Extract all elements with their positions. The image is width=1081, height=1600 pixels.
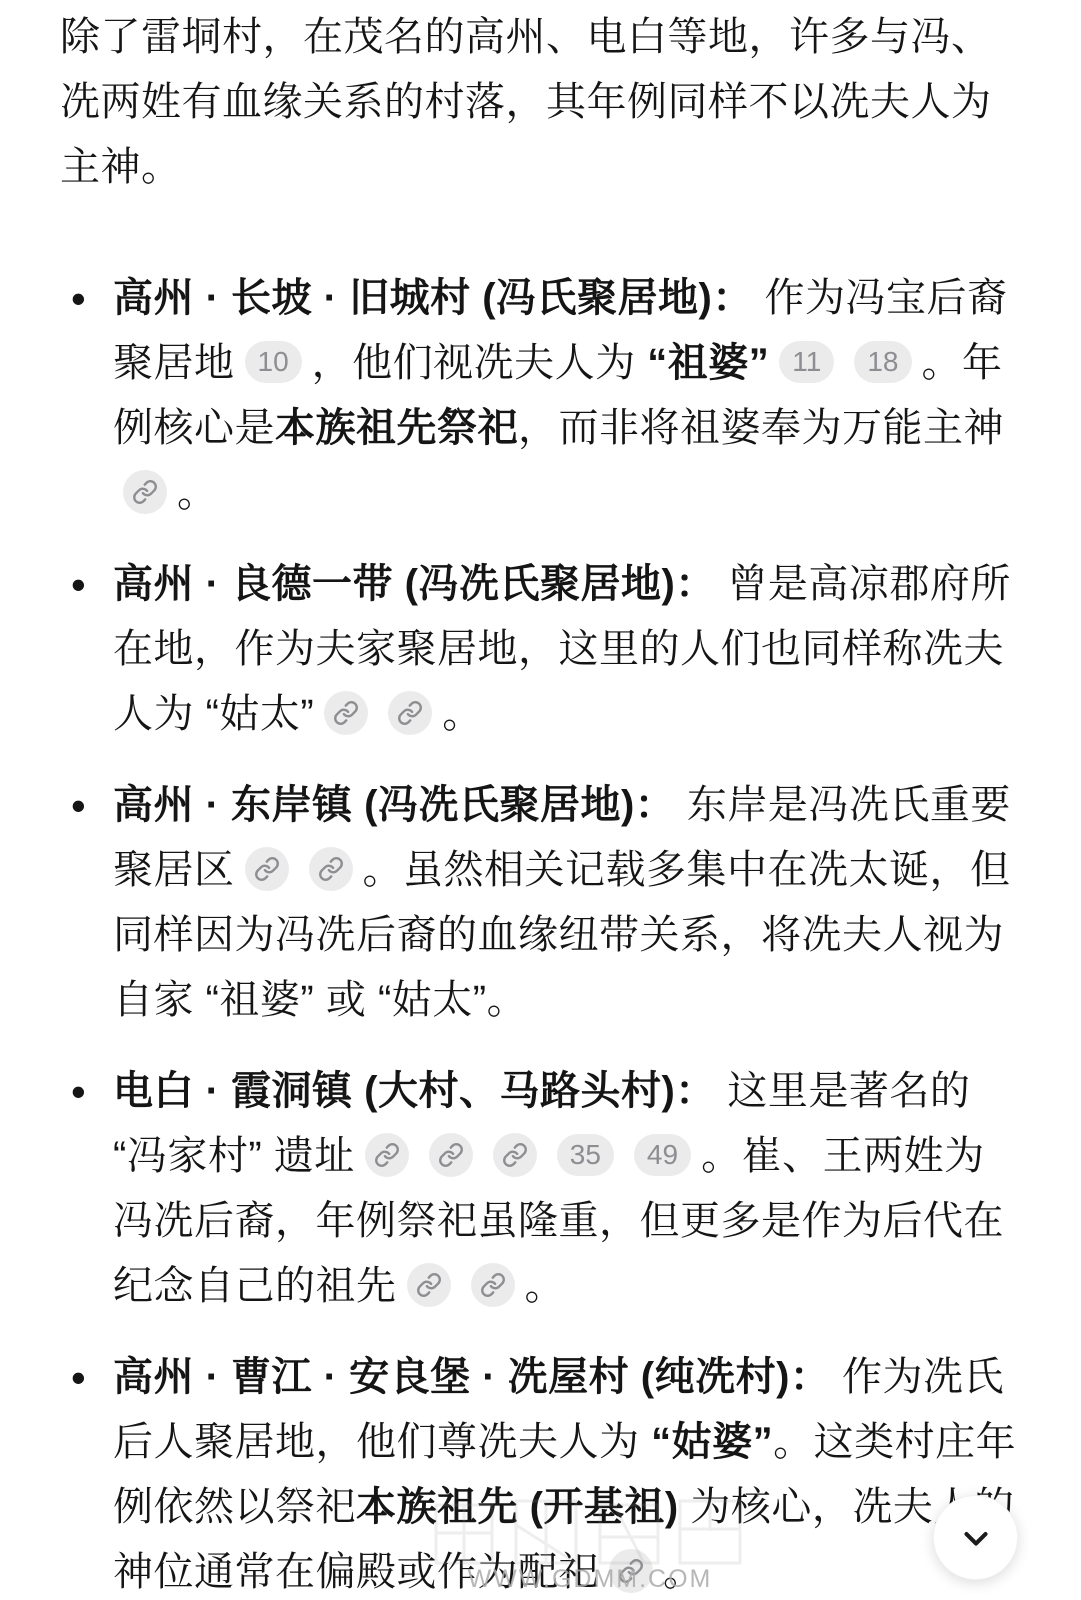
citation-link-icon[interactable] [609, 1549, 653, 1593]
chevron-down-icon [957, 1519, 995, 1557]
text-run: 。 [525, 1264, 566, 1308]
bold-text-run: “姑婆” [651, 1420, 773, 1464]
list-item: 高州 · 东岸镇 (冯冼氏聚居地)： 东岸是冯冼氏重要聚居区。虽然相关记载多集中… [113, 773, 1025, 1033]
text-run: ，而非将祖婆奉为万能主神 [518, 406, 1004, 450]
citation-pill[interactable]: 18 [854, 341, 911, 383]
citation-link-icon[interactable] [309, 847, 353, 891]
intro-paragraph: 除了雷垌村，在茂名的高州、电白等地，许多与冯、冼两姓有血缘关系的村落，其年例同样… [60, 5, 1025, 200]
citation-link-icon[interactable] [245, 847, 289, 891]
bold-text-run: 本族祖先 (开基祖) [356, 1485, 679, 1529]
bold-text-run: “祖婆” [647, 341, 769, 385]
list-item: 电白 · 霞洞镇 (大村、马路头村)： 这里是著名的 “冯家村” 遗址3549。… [113, 1059, 1025, 1319]
citation-pill[interactable]: 49 [634, 1134, 691, 1176]
text-run: 。 [177, 471, 218, 515]
citation-pill[interactable]: 35 [557, 1134, 614, 1176]
text-run: 。 [442, 692, 483, 736]
citation-link-icon[interactable] [407, 1263, 451, 1307]
list-item: 高州 · 良德一带 (冯冼氏聚居地)： 曾是高凉郡府所在地，作为夫家聚居地，这里… [113, 552, 1025, 747]
chat-response-screen: 除了雷垌村，在茂名的高州、电白等地，许多与冯、冼两姓有血缘关系的村落，其年例同样… [0, 0, 1081, 1600]
citation-link-icon[interactable] [123, 470, 167, 514]
bold-text-run: 高州 · 长坡 · 旧城村 (冯氏聚居地)： [113, 276, 753, 320]
citation-link-icon[interactable] [324, 691, 368, 735]
citation-link-icon[interactable] [388, 691, 432, 735]
text-run: ，他们视冼夫人为 [312, 341, 648, 385]
response-content: 除了雷垌村，在茂名的高州、电白等地，许多与冯、冼两姓有血缘关系的村落，其年例同样… [0, 0, 1081, 1600]
bold-text-run: 高州 · 良德一带 (冯冼氏聚居地)： [113, 562, 716, 606]
citation-pill[interactable]: 10 [245, 341, 302, 383]
village-list: 高州 · 长坡 · 旧城村 (冯氏聚居地)： 作为冯宝后裔聚居地10，他们视冼夫… [60, 266, 1025, 1600]
citation-link-icon[interactable] [471, 1263, 515, 1307]
list-item: 高州 · 曹江 · 安良堡 · 冼屋村 (纯冼村)： 作为冼氏后人聚居地，他们尊… [113, 1345, 1025, 1600]
text-run: 。 [663, 1550, 704, 1594]
citation-link-icon[interactable] [493, 1133, 537, 1177]
citation-link-icon[interactable] [365, 1133, 409, 1177]
scroll-down-button[interactable] [933, 1495, 1018, 1580]
citation-pill[interactable]: 11 [779, 341, 834, 383]
bold-text-run: 本族祖先祭祀 [275, 406, 518, 450]
bold-text-run: 高州 · 曹江 · 安良堡 · 冼屋村 (纯冼村)： [113, 1355, 830, 1399]
bold-text-run: 电白 · 霞洞镇 (大村、马路头村)： [113, 1069, 716, 1113]
list-item: 高州 · 长坡 · 旧城村 (冯氏聚居地)： 作为冯宝后裔聚居地10，他们视冼夫… [113, 266, 1025, 526]
citation-link-icon[interactable] [429, 1133, 473, 1177]
bold-text-run: 高州 · 东岸镇 (冯冼氏聚居地)： [113, 783, 675, 827]
